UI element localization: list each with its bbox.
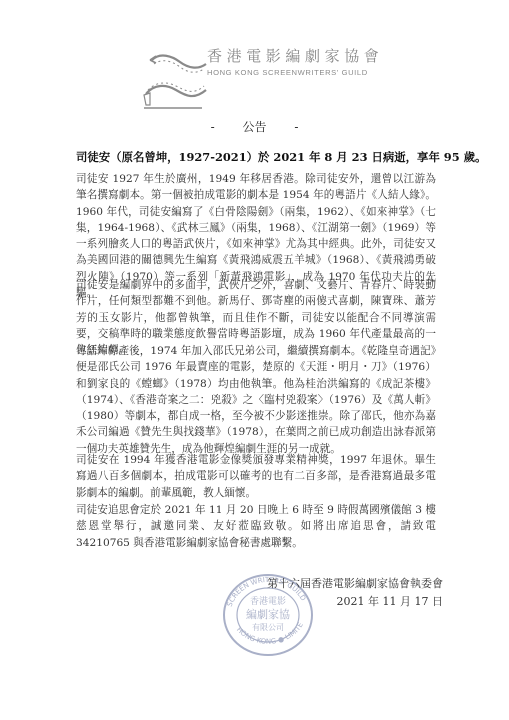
title-dash-right: -	[294, 120, 298, 134]
page-title: - 公告 -	[0, 118, 509, 135]
signature-org: 第十六屆香港電影編劇家協會執委會	[267, 575, 443, 591]
film-strip-wave-icon	[140, 48, 210, 110]
svg-text:有限公司: 有限公司	[252, 622, 284, 632]
paragraph-award: 司徒安在 1994 年獲香港電影金像獎頒發專業精神獎，1997 年退休。畢生寫過…	[76, 452, 436, 501]
title-text: 公告	[242, 120, 266, 134]
logo-name-en: HONG KONG SCREENWRITERS' GUILD	[207, 68, 368, 77]
lead-announcement: 司徒安（原名曾坤，1927-2021）於 2021 年 8 月 23 日病逝，享…	[76, 149, 486, 165]
svg-text:香港電影: 香港電影	[250, 595, 286, 607]
signature-date: 2021 年 11 月 17 日	[337, 593, 443, 609]
paragraph-shaw-brothers: 粵語片停產後，1974 年加入邵氏兄弟公司，繼續撰寫劇本。《乾隆皇奇遇記》便是邵…	[76, 343, 436, 457]
logo-name-zh: 香港電影編劇家協會	[207, 45, 383, 66]
paragraph-memorial: 司徒安追思會定於 2021 年 11 月 20 日晚上 6 時至 9 時假萬國殯…	[76, 502, 436, 551]
title-dash-left: -	[211, 120, 215, 134]
guild-logo: 香港電影編劇家協會 HONG KONG SCREENWRITERS' GUILD	[140, 48, 380, 108]
svg-text:編劇家協: 編劇家協	[246, 607, 290, 621]
